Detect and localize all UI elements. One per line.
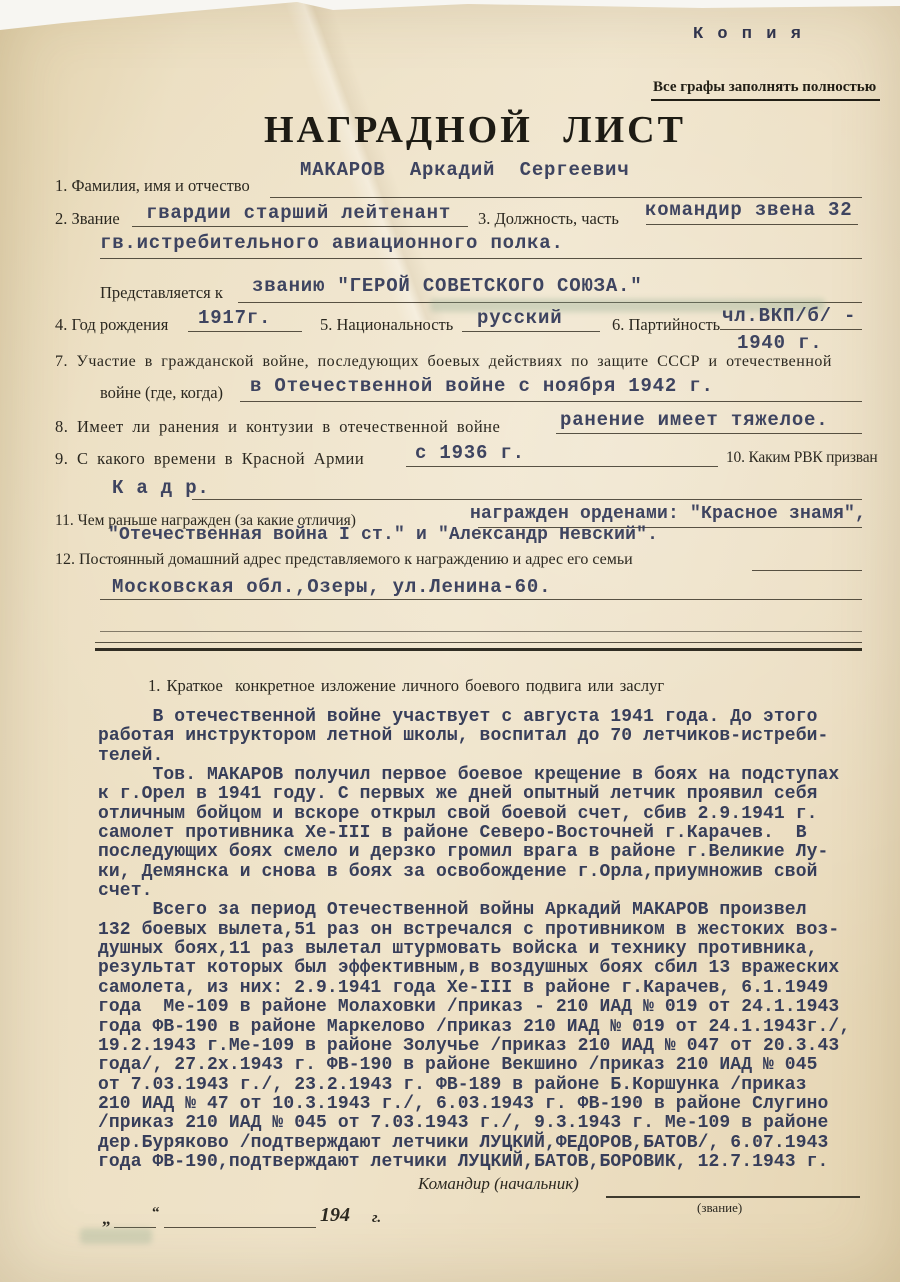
field-12-value: Московская обл.,Озеры, ул.Ленина-60.: [112, 576, 551, 598]
body-text-line: года/, 27.2х.1943 г. ФВ-190 в районе Век…: [98, 1056, 850, 1075]
body-text-line: от 7.03.1943 г./, 23.2.1943 г. ФВ-189 в …: [98, 1076, 850, 1095]
body-text-line: результат которых был эффективным,в возд…: [98, 959, 850, 978]
underline-rule: [240, 401, 862, 402]
field-8-value: ранение имеет тяжелое.: [560, 409, 828, 431]
field-10-value: К а д р.: [112, 477, 210, 499]
date-close-quote: “: [152, 1205, 160, 1222]
body-text-line: Тов. МАКАРОВ получил первое боевое креще…: [98, 766, 850, 785]
field-3-value: командир звена 32: [645, 199, 852, 221]
field-1-label: 1. Фамилия, имя и отчество: [55, 176, 250, 196]
body-text-line: года ФВ-190 в районе Маркелово /приказ 2…: [98, 1018, 850, 1037]
body-text-line: 132 боевых вылета,51 раз он встречался с…: [98, 921, 850, 940]
underline-rule: [646, 224, 858, 225]
bleedthrough-stamp: [80, 1228, 152, 1244]
year-suffix: г.: [372, 1210, 381, 1227]
field-4-label: 4. Год рождения: [55, 315, 168, 335]
commander-label: Командир (начальник): [418, 1174, 579, 1194]
field-8-label: 8. Имеет ли ранения и контузии в отечест…: [55, 417, 500, 437]
field-1-value: МАКАРОВ Аркадий Сергеевич: [300, 159, 629, 181]
underline-rule: [100, 258, 862, 259]
underline-rule: [188, 331, 302, 332]
date-rule: [114, 1227, 156, 1228]
scanned-award-document: { "colors":{"paper":"#ecdfc2","printed_i…: [0, 0, 900, 1282]
field-3-value-line2: гв.истребительного авиационного полка.: [100, 232, 564, 254]
fill-note: Все графы заполнять полностью: [651, 79, 880, 101]
field-7-label-line2: войне (где, когда): [100, 383, 223, 403]
underline-rule: [556, 433, 862, 434]
underline-rule: [752, 570, 862, 571]
body-text-line: Всего за период Отечественной войны Арка…: [98, 901, 850, 920]
field-2-value: гвардии старший лейтенант: [146, 202, 451, 224]
underline-rule: [462, 331, 600, 332]
body-text-line: самолета, из них: 2.9.1941 года Хе-III в…: [98, 979, 850, 998]
date-rule: [164, 1227, 316, 1228]
date-open-quote: „: [102, 1209, 111, 1229]
body-text-line: 19.2.1943 г.Ме-109 в районе Золучье /при…: [98, 1037, 850, 1056]
underline-rule: [720, 329, 862, 330]
presented-value: званию "ГЕРОЙ СОВЕТСКОГО СОЮЗА.": [252, 275, 642, 297]
body-text-line: года Ме-109 в районе Молаховки /приказ -…: [98, 998, 850, 1017]
rank-caption: (звание): [697, 1200, 742, 1216]
divider-rule: [95, 642, 862, 643]
body-text-line: к г.Орел в 1941 году. С первых же дней о…: [98, 785, 850, 804]
field-11-value: награжден орденами: "Красное знамя",: [470, 504, 866, 524]
year-prefix: 194: [320, 1204, 350, 1227]
body-text-line: счет.: [98, 882, 850, 901]
body-text-line: ки, Демянска и снова в боях за освобожде…: [98, 863, 850, 882]
body-text-line: года ФВ-190,подтверждают летчики ЛУЦКИЙ,…: [98, 1153, 850, 1172]
section-1-heading: 1. Краткое конкретное изложение личного …: [148, 676, 664, 696]
field-7-label: 7. Участие в гражданской войне, последую…: [55, 353, 832, 371]
body-text-line: /приказ 210 ИАД № 045 от 7.03.1943 г./, …: [98, 1114, 850, 1133]
field-5-label: 5. Национальность: [320, 315, 453, 335]
copy-stamp: К о п и я: [693, 25, 803, 44]
underline-rule: [100, 599, 862, 600]
field-9-value: с 1936 г.: [415, 442, 525, 464]
body-text-line: дер.Буряково /подтверждают летчики ЛУЦКИ…: [98, 1134, 850, 1153]
field-4-value: 1917г.: [198, 307, 271, 329]
body-text-line: душных боях,11 раз вылетал штурмовать во…: [98, 940, 850, 959]
field-10-label: 10. Каким РВК призван: [726, 449, 878, 467]
body-text-line: 210 ИАД № 47 от 10.3.1943 г./, 6.03.1943…: [98, 1095, 850, 1114]
underline-rule: [100, 631, 862, 632]
signature-rule: [606, 1196, 860, 1198]
underline-rule: [192, 499, 862, 500]
page-title: НАГРАДНОЙ ЛИСТ: [264, 108, 686, 152]
body-text-line: отличным бойцом и вскоре открыл свой бое…: [98, 805, 850, 824]
divider-rule: [95, 648, 862, 651]
field-5-value: русский: [477, 307, 562, 329]
underline-rule: [238, 302, 862, 303]
field-11-value-line2: "Отечественная война I ст." и "Александр…: [108, 525, 658, 545]
underline-rule: [406, 466, 718, 467]
body-text-line: работая инструктором летной школы, воспи…: [98, 727, 850, 746]
body-text-line: последующих боях смело и дерзко громил в…: [98, 843, 850, 862]
paper-sheet: К о п и я Все графы заполнять полностью …: [0, 0, 900, 1282]
field-7-value: в Отечественной войне с ноября 1942 г.: [250, 375, 714, 397]
field-12-label: 12. Постоянный домашний адрес представля…: [55, 551, 633, 569]
field-3-label: 3. Должность, часть: [478, 209, 619, 229]
underline-rule: [132, 226, 468, 227]
field-6-value: чл.ВКП/б/ -: [722, 305, 856, 327]
field-9-label: 9. С какого времени в Красной Армии: [55, 449, 364, 469]
body-text-line: самолет противника Хе-III в районе Север…: [98, 824, 850, 843]
field-6-label: 6. Партийность: [612, 315, 720, 335]
presented-label: Представляется к: [100, 283, 223, 303]
field-6-value-line2: 1940 г.: [737, 332, 822, 354]
body-text-line: телей.: [98, 747, 850, 766]
field-2-label: 2. Звание: [55, 209, 120, 229]
body-text-line: В отечественной войне участвует с август…: [98, 708, 850, 727]
section-1-body: В отечественной войне участвует с август…: [98, 708, 850, 1172]
